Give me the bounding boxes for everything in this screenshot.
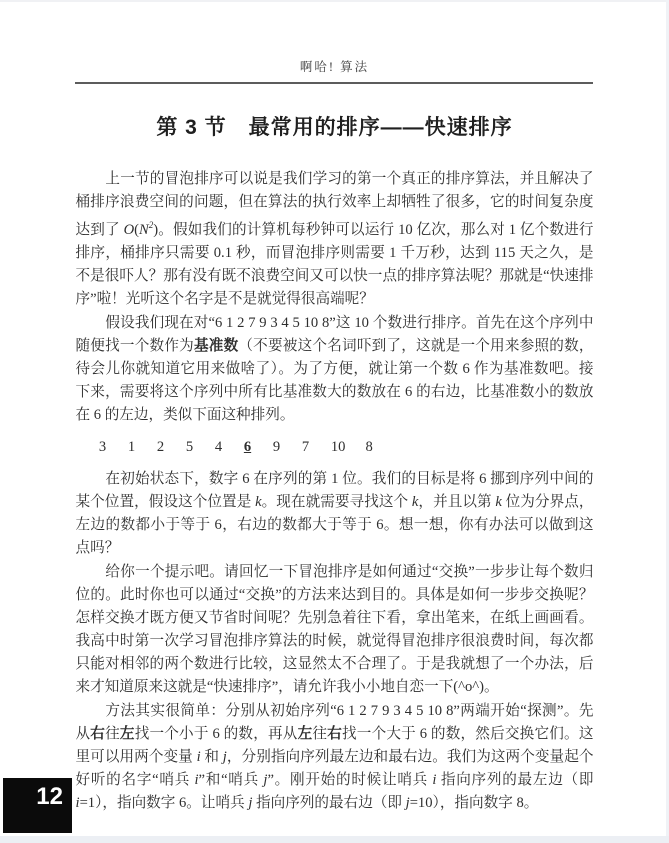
number-sequence: 31254697108: [76, 436, 594, 459]
running-head: 啊哈! 算法: [0, 0, 669, 75]
page-body: 上一节的冒泡排序可以说是我们学习的第一个真正的排序算法，并且解决了桶排序浪费空间…: [76, 168, 594, 815]
sequence-number: 5: [186, 436, 195, 459]
page-number: 12: [36, 783, 63, 810]
sequence-number: 9: [273, 436, 282, 459]
page-edge-bottom: [0, 836, 669, 843]
page-edge-top: [0, 0, 669, 2]
body-paragraph: 给你一个提示吧。请回忆一下冒泡排序是如何通过“交换”一步步让每个数归位的。此时你…: [76, 561, 594, 699]
sequence-number: 10: [331, 436, 346, 459]
sequence-number: 3: [99, 436, 108, 459]
sequence-number: 1: [128, 436, 137, 459]
pivot-number: 6: [244, 436, 253, 459]
page-number-box: 12: [3, 778, 72, 833]
sequence-number: 8: [365, 436, 374, 459]
page-title: 第 3 节 最常用的排序——快速排序: [0, 111, 669, 141]
body-paragraph: 在初始状态下，数字 6 在序列的第 1 位。我们的目标是将 6 挪到序列中间的某…: [76, 468, 594, 560]
sequence-number: 4: [215, 436, 224, 459]
body-paragraph: 上一节的冒泡排序可以说是我们学习的第一个真正的排序算法，并且解决了桶排序浪费空间…: [76, 168, 594, 311]
sequence-number: 2: [157, 436, 166, 459]
header-rule: [75, 82, 593, 84]
sequence-number: 7: [302, 436, 311, 459]
body-paragraph: 方法其实很简单：分别从初始序列“6 1 2 7 9 3 4 5 10 8”两端开…: [76, 700, 594, 815]
body-paragraph: 假设我们现在对“6 1 2 7 9 3 4 5 10 8”这 10 个数进行排序…: [76, 312, 594, 427]
